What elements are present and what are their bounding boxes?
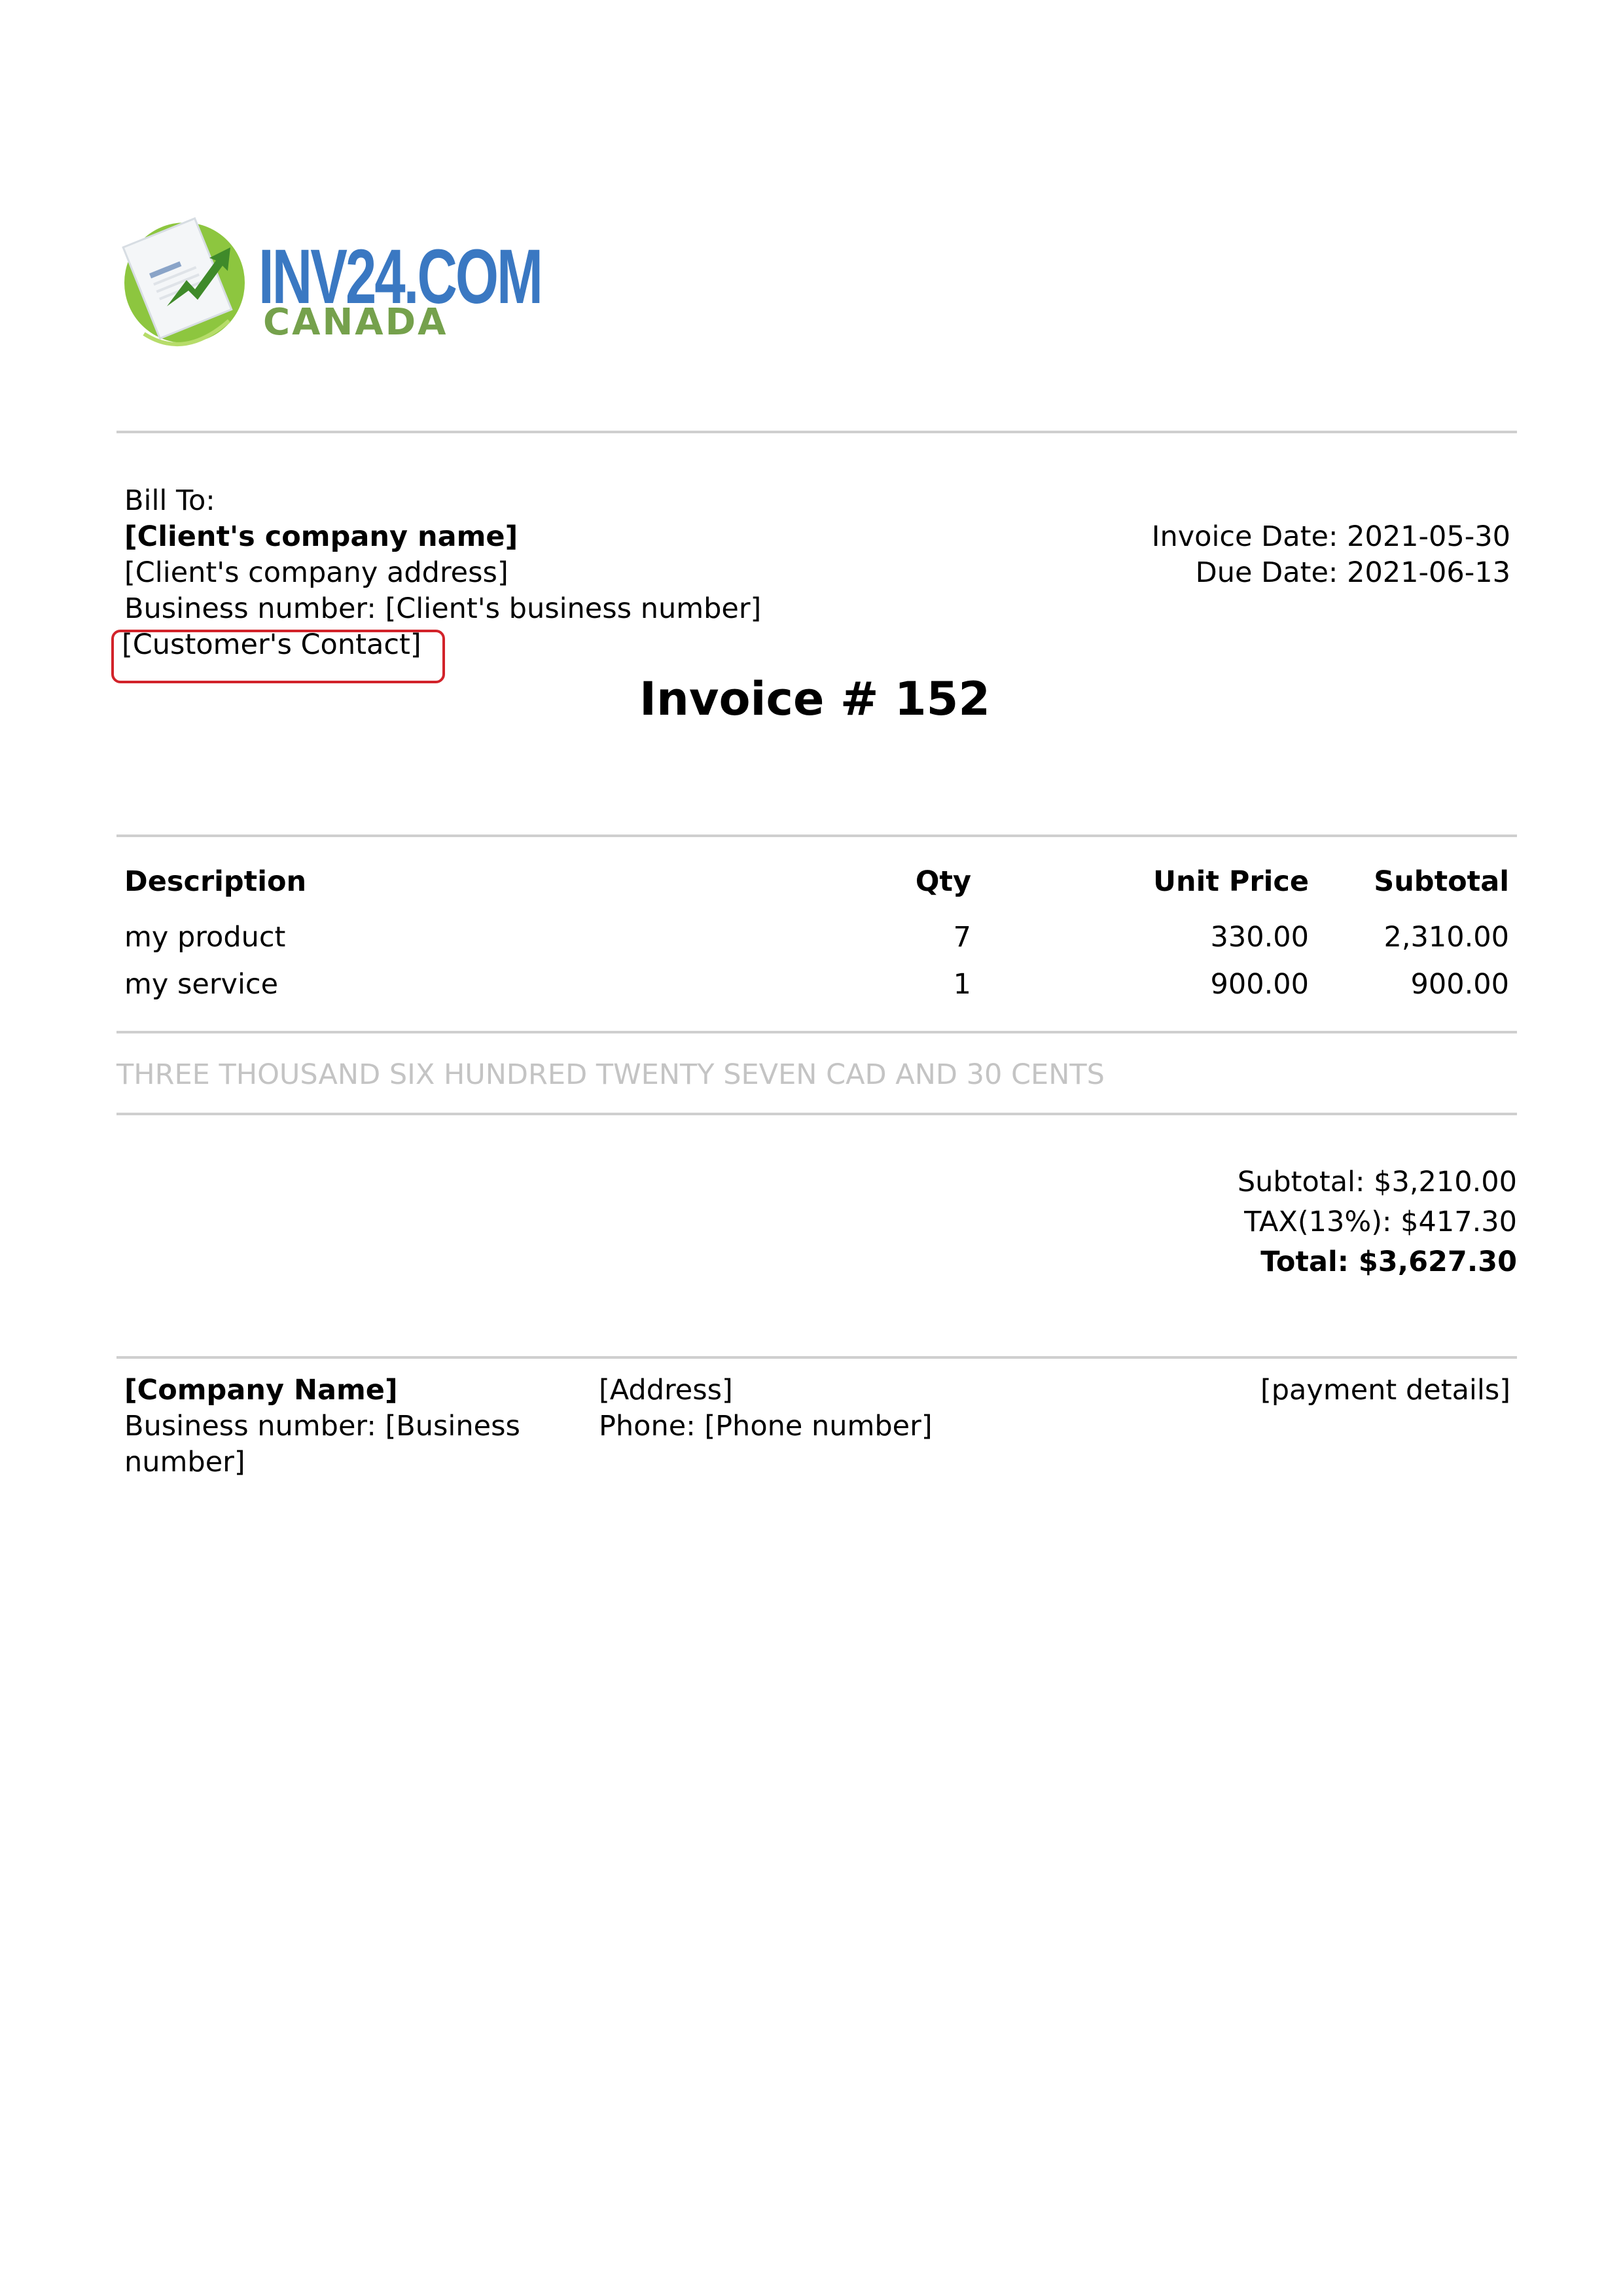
table-row: my product 7 330.00 2,310.00 — [124, 920, 1509, 967]
item-unit-price: 330.00 — [1211, 920, 1309, 956]
invoice-growth-arrow-icon — [118, 209, 255, 347]
footer-address-block: [Address] Phone: [Phone number] — [599, 1372, 933, 1444]
table-header-row: Description Qty Unit Price Subtotal — [124, 864, 1509, 920]
header-unit-price: Unit Price — [1153, 864, 1309, 900]
table-bottom-divider — [116, 1031, 1517, 1033]
item-subtotal: 2,310.00 — [1384, 920, 1509, 956]
client-business-number: Business number: [Client's business numb… — [124, 591, 761, 627]
amount-words-divider — [116, 1113, 1517, 1115]
header-description: Description — [124, 864, 306, 900]
footer-company-block: [Company Name] Business number: [Busines… — [124, 1372, 520, 1480]
header-subtotal: Subtotal — [1374, 864, 1509, 900]
footer-phone: Phone: [Phone number] — [599, 1408, 933, 1444]
brand-region: CANADA — [263, 301, 448, 344]
invoice-dates: Invoice Date: 2021-05-30 Due Date: 2021-… — [1152, 519, 1510, 591]
footer-divider — [116, 1356, 1517, 1359]
item-qty: 7 — [954, 920, 971, 956]
totals-block: Subtotal: $3,210.00 TAX(13%): $417.30 To… — [1238, 1162, 1517, 1282]
footer-company-name: [Company Name] — [124, 1372, 520, 1408]
item-description: my product — [124, 920, 285, 956]
footer-business-number-cont: number] — [124, 1444, 520, 1480]
item-unit-price: 900.00 — [1211, 967, 1309, 1003]
totals-grand-total: Total: $3,627.30 — [1238, 1242, 1517, 1282]
table-row: my service 1 900.00 900.00 — [124, 967, 1509, 1014]
header-divider — [116, 431, 1517, 433]
invoice-title: Invoice # 152 — [0, 666, 1623, 732]
client-company-address: [Client's company address] — [124, 555, 761, 591]
header-qty: Qty — [916, 864, 971, 900]
item-qty: 1 — [954, 967, 971, 1003]
amount-in-words: THREE THOUSAND SIX HUNDRED TWENTY SEVEN … — [116, 1057, 1105, 1093]
table-top-divider — [116, 834, 1517, 837]
line-items-table: Description Qty Unit Price Subtotal my p… — [124, 864, 1509, 1014]
totals-tax: TAX(13%): $417.30 — [1238, 1202, 1517, 1242]
footer-payment-block: [payment details] — [1260, 1372, 1510, 1408]
footer-business-number: Business number: [Business — [124, 1408, 520, 1444]
footer-address: [Address] — [599, 1372, 933, 1408]
footer-payment-details: [payment details] — [1260, 1372, 1510, 1408]
company-logo: INV24.COM CANADA — [118, 209, 524, 353]
client-company-name: [Client's company name] — [124, 519, 761, 555]
due-date: Due Date: 2021-06-13 — [1152, 555, 1510, 591]
totals-subtotal: Subtotal: $3,210.00 — [1238, 1162, 1517, 1202]
item-subtotal: 900.00 — [1411, 967, 1509, 1003]
item-description: my service — [124, 967, 278, 1003]
bill-to-label: Bill To: — [124, 483, 761, 519]
invoice-date: Invoice Date: 2021-05-30 — [1152, 519, 1510, 555]
